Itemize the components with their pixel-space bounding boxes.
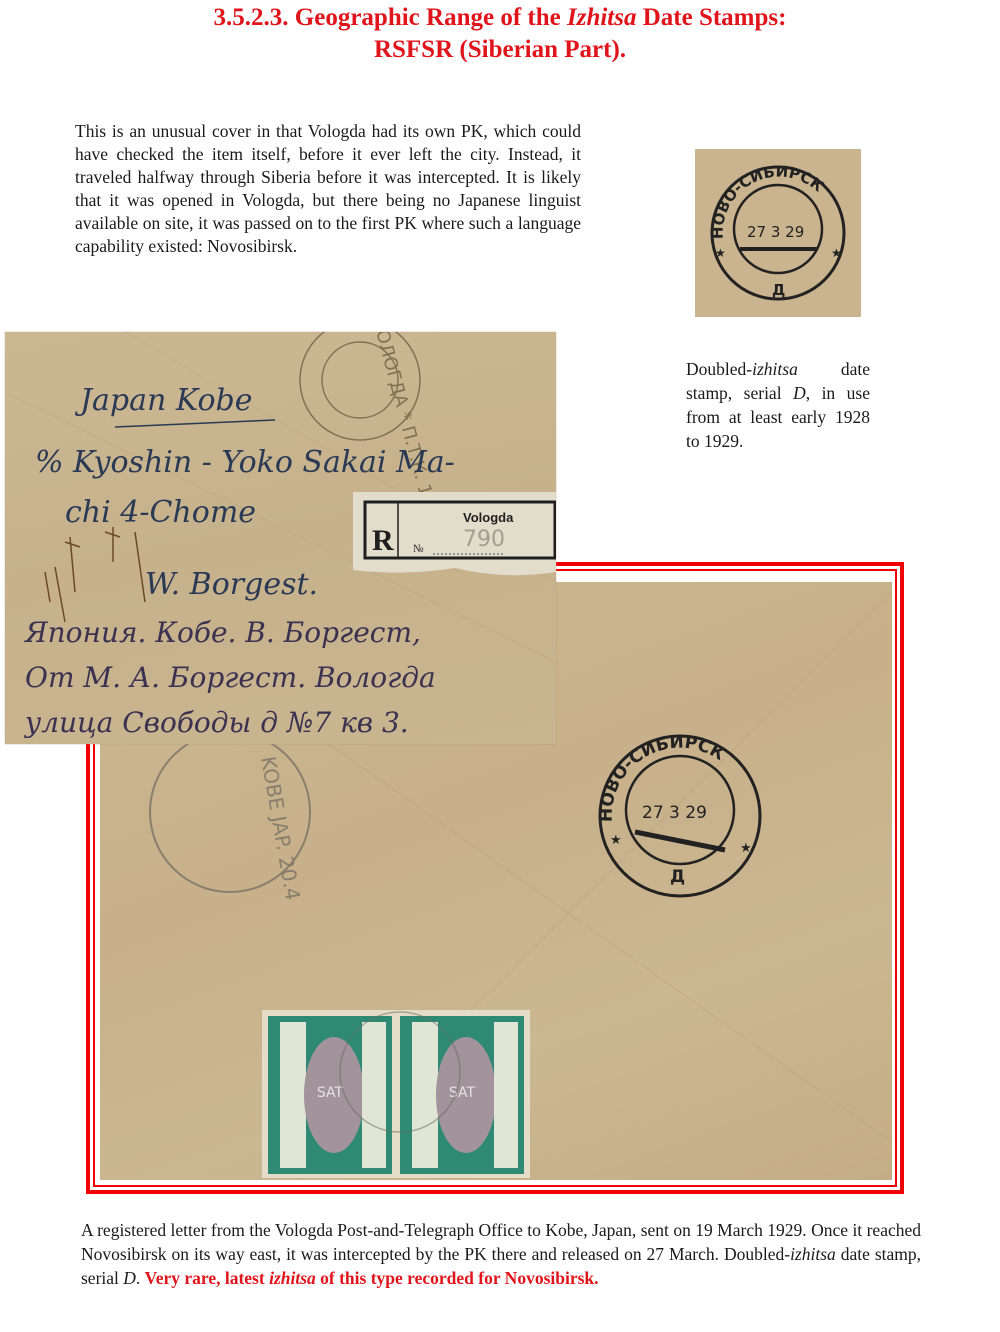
svg-text:% Kyoshin - Yoko Sakai Ma-: % Kyoshin - Yoko Sakai Ma-	[35, 445, 455, 480]
svg-text:KOBE JAP. 20.4: KOBE JAP. 20.4	[256, 754, 305, 902]
detail-postmark-date: 27 3 29	[747, 223, 804, 241]
svg-text:★: ★	[831, 246, 842, 260]
kobe-arrival-postmark: KOBE JAP. 20.4	[150, 732, 310, 902]
title-line-1: 3.5.2.3. Geographic Range of the Izhitsa…	[0, 2, 1000, 34]
main-caption: A registered letter from the Vologda Pos…	[81, 1218, 921, 1290]
svg-text:chi 4-Chome: chi 4-Chome	[65, 495, 256, 530]
svg-text:27 3 29: 27 3 29	[642, 803, 707, 823]
svg-text:От М. А. Боргест. Вологда: От М. А. Боргест. Вологда	[25, 661, 436, 694]
svg-text:№: №	[413, 543, 424, 555]
svg-text:Japan Kobe: Japan Kobe	[74, 383, 253, 418]
detail-caption: Doubled-izhitsa date stamp, serial D, in…	[686, 357, 870, 453]
svg-text:W. Borgest.: W. Borgest.	[145, 567, 318, 602]
intro-paragraph: This is an unusual cover in that Vologda…	[75, 120, 581, 258]
svg-text:★: ★	[610, 832, 622, 847]
cover-front-image: ВОЛОГДА * П.Т.К. 19 3 29 Japan Kobe % Ky…	[5, 332, 556, 744]
svg-text:★: ★	[715, 246, 726, 260]
detail-postmark-serial: Д	[772, 281, 785, 299]
svg-text:SAT: SAT	[317, 1085, 344, 1101]
esperanto-stamp-pair: SAT SAT	[262, 1010, 530, 1178]
registration-label: R Vologda № 790	[353, 492, 556, 575]
title-line-2: RSFSR (Siberian Part).	[0, 34, 1000, 66]
svg-text:SAT: SAT	[449, 1085, 476, 1101]
stamp-right: SAT	[400, 1016, 524, 1174]
svg-text:R: R	[372, 524, 394, 557]
svg-text:★: ★	[740, 840, 752, 855]
svg-text:790: 790	[463, 527, 505, 552]
rarity-note: Very rare, latest izhitsa of this type r…	[145, 1268, 599, 1288]
svg-text:улица Свободы д №7 кв 3.: улица Свободы д №7 кв 3.	[23, 706, 409, 739]
novosibirsk-transit-postmark: НОВО-СИБИРСК 27 3 29 Д ★ ★	[597, 732, 760, 896]
svg-text:Д: Д	[670, 867, 685, 887]
page-title: 3.5.2.3. Geographic Range of the Izhitsa…	[0, 2, 1000, 66]
stamp-left: SAT	[268, 1016, 392, 1174]
svg-text:Япония. Кобе. В. Боргест,: Япония. Кобе. В. Боргест,	[23, 616, 421, 649]
postmark-detail-image: НОВО-СИБИРСК 27 3 29 Д ★ ★	[695, 149, 861, 317]
japanese-ink-notes	[45, 527, 145, 622]
svg-text:Vologda: Vologda	[463, 510, 514, 525]
